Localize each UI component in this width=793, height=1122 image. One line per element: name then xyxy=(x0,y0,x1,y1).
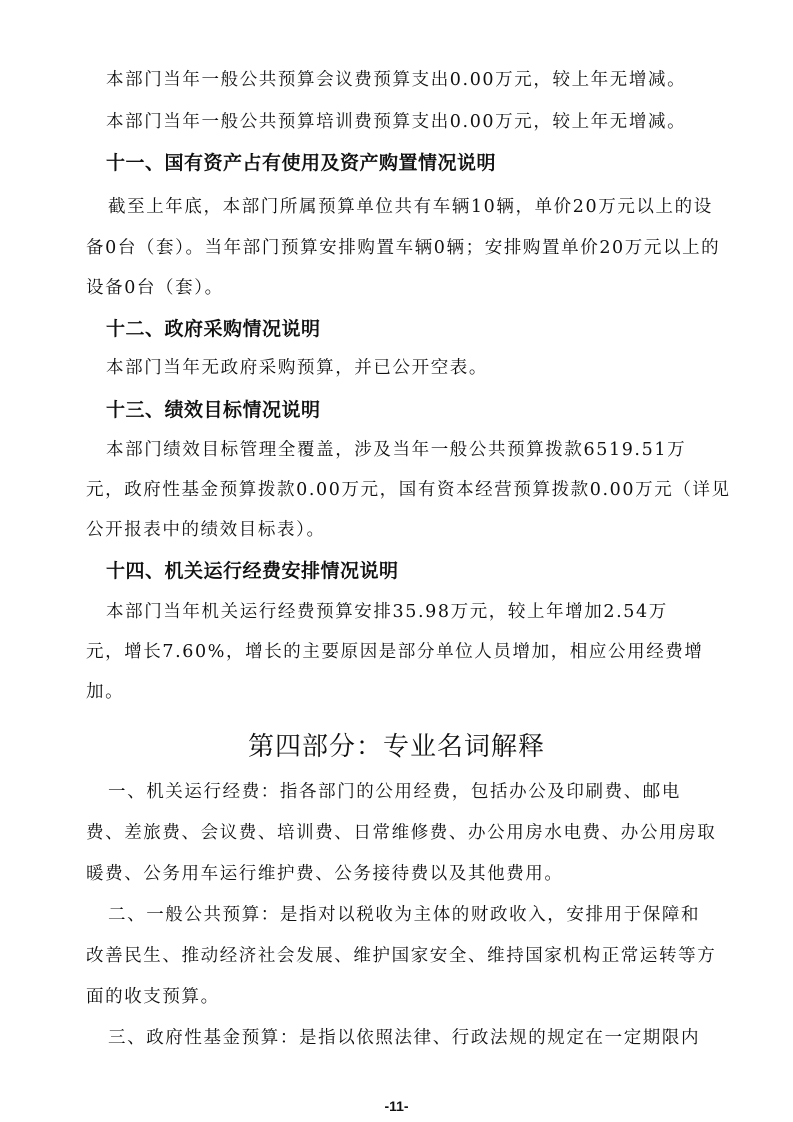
section-11-line-3: 设备0台（套）。 xyxy=(86,276,686,300)
section-13-line-3: 公开报表中的绩效目标表）。 xyxy=(86,518,686,542)
term-2-line-3: 面的收支预算。 xyxy=(86,985,686,1009)
term-2-line-2: 改善民生、推动经济社会发展、维护国家安全、维持国家机构正常运转等方 xyxy=(86,944,686,968)
term-1-line-2: 费、差旅费、会议费、培训费、日常维修费、办公用房水电费、办公用房取 xyxy=(86,821,686,845)
section-11-line-1: 截至上年底，本部门所属预算单位共有车辆10辆，单价20万元以上的设 xyxy=(108,195,708,219)
term-1-line-1: 一、机关运行经费：指各部门的公用经费，包括办公及印刷费、邮电 xyxy=(108,780,708,804)
document-page: 本部门当年一般公共预算会议费预算支出0.00万元，较上年无增减。 本部门当年一般… xyxy=(0,0,793,1122)
term-1-line-3: 暖费、公务用车运行维护费、公务接待费以及其他费用。 xyxy=(86,862,686,886)
section-11-heading: 十一、国有资产占有使用及资产购置情况说明 xyxy=(106,150,496,176)
section-11-line-2: 备0台（套）。当年部门预算安排购置车辆0辆；安排购置单价20万元以上的 xyxy=(86,236,686,260)
paragraph-meeting-fee: 本部门当年一般公共预算会议费预算支出0.00万元，较上年无增减。 xyxy=(106,68,706,92)
section-14-line-2: 元，增长7.60%，增长的主要原因是部分单位人员增加，相应公用经费增 xyxy=(86,640,686,664)
section-12-line-1: 本部门当年无政府采购预算，并已公开空表。 xyxy=(106,356,706,380)
page-number: -11- xyxy=(0,1098,793,1114)
term-2-line-1: 二、一般公共预算：是指对以税收为主体的财政收入，安排用于保障和 xyxy=(108,903,708,927)
paragraph-training-fee: 本部门当年一般公共预算培训费预算支出0.00万元，较上年无增减。 xyxy=(106,110,706,134)
section-14-heading: 十四、机关运行经费安排情况说明 xyxy=(106,558,399,584)
section-13-line-2: 元，政府性基金预算拨款0.00万元，国有资本经营预算拨款0.00万元（详见 xyxy=(86,478,686,502)
section-13-line-1: 本部门绩效目标管理全覆盖，涉及当年一般公共预算拨款6519.51万 xyxy=(106,438,706,462)
section-14-line-1: 本部门当年机关运行经费预算安排35.98万元，较上年增加2.54万 xyxy=(106,600,706,624)
section-12-heading: 十二、政府采购情况说明 xyxy=(106,316,321,342)
section-14-line-3: 加。 xyxy=(86,680,686,704)
term-3-line-1: 三、政府性基金预算：是指以依照法律、行政法规的规定在一定期限内 xyxy=(108,1026,708,1050)
section-13-heading: 十三、绩效目标情况说明 xyxy=(106,397,321,423)
part-4-title: 第四部分：专业名词解释 xyxy=(0,730,793,764)
